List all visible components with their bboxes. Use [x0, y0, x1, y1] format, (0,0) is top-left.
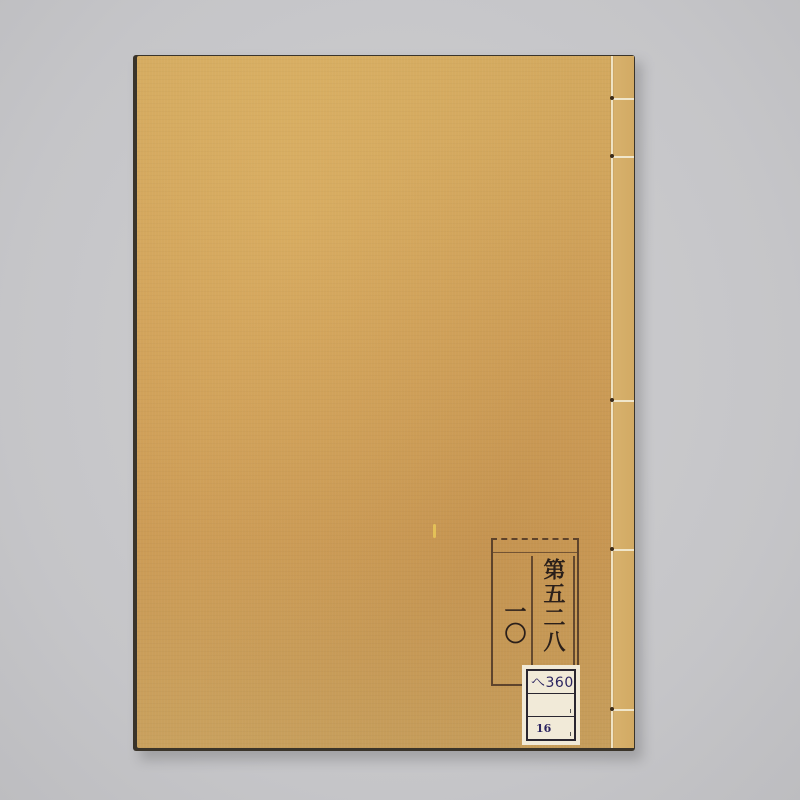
binding-thread — [611, 56, 613, 748]
label-tick — [570, 709, 571, 713]
stamp-side-text: 一〇 — [499, 600, 530, 644]
stitch-hole — [610, 96, 614, 100]
stamp-header — [493, 540, 577, 553]
label-tick — [570, 732, 571, 736]
stitch-hole — [610, 398, 614, 402]
binding-stitch — [612, 400, 634, 402]
stamp-inner-box: 第五二八 — [531, 556, 575, 668]
binding-stitch — [612, 549, 634, 551]
library-stamp: 一〇 第五二八 — [491, 538, 579, 686]
binding-stitch — [612, 98, 634, 100]
binding-stitch — [612, 156, 634, 158]
label-grid: へ360 16 — [526, 669, 576, 741]
stitch-hole — [610, 547, 614, 551]
stitch-hole — [610, 707, 614, 711]
cover-mark — [433, 524, 436, 538]
binding-margin — [611, 56, 634, 748]
stitch-hole — [610, 154, 614, 158]
call-number: へ360 — [528, 672, 574, 692]
volume-number: 16 — [528, 722, 551, 735]
book-back-cover: 一〇 第五二八 へ360 16 — [137, 56, 634, 748]
label-row-blank — [528, 694, 574, 717]
binding-stitch — [612, 709, 634, 711]
label-row-call-number: へ360 — [528, 671, 574, 694]
label-row-volume: 16 — [528, 717, 574, 739]
call-number-label: へ360 16 — [522, 665, 580, 745]
stamp-number: 第五二八 — [537, 558, 569, 654]
